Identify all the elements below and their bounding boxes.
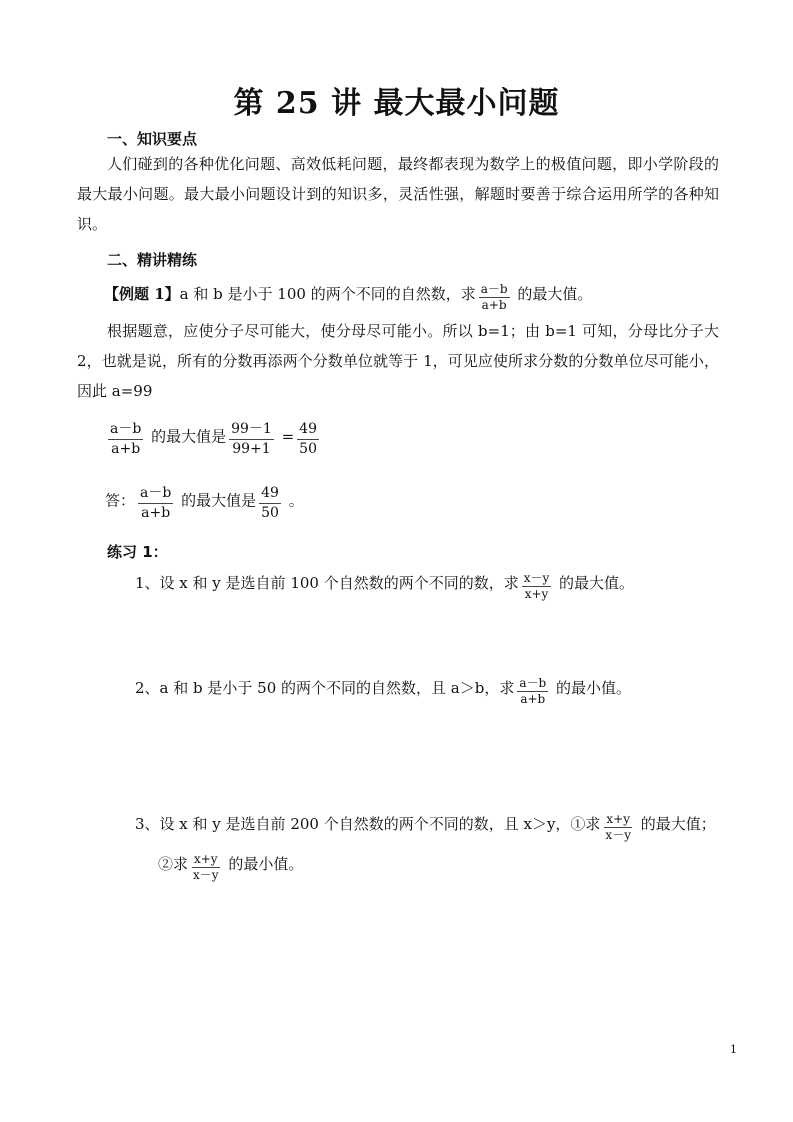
fraction: a－ba+b xyxy=(138,484,173,523)
fraction: a－ba+b xyxy=(108,420,143,459)
example-1-label: 【例题 1】 xyxy=(104,285,180,303)
fraction: a－ba+b xyxy=(517,676,548,707)
practice-item-1: 1、设 x 和 y 是选自前 100 个自然数的两个不同的数，求x－yx+y 的… xyxy=(135,568,634,600)
fraction: x+yx－y xyxy=(603,812,633,843)
fraction: 99－199+1 xyxy=(229,420,274,459)
practice-item-3-part-2: ②求x+yx－y 的最小值。 xyxy=(158,849,303,881)
example-1-question: 【例题 1】a 和 b 是小于 100 的两个不同的自然数，求a－ba+b 的最… xyxy=(104,279,592,311)
fraction: x+yx－y xyxy=(191,852,221,883)
example-1-result: a－ba+b 的最大值是99－199+1 =4950 xyxy=(105,418,322,457)
example-1-answer: 答：a－ba+b 的最大值是4950 。 xyxy=(105,482,304,521)
page-title: 第 25 讲 最大最小问题 xyxy=(0,78,793,122)
knowledge-paragraph: 人们碰到的各种优化问题、高效低耗问题，最终都表现为数学上的极值问题，即小学阶段的… xyxy=(77,149,719,239)
fraction: a－ba+b xyxy=(479,282,510,313)
practice-item-2: 2、a 和 b 是小于 50 的两个不同的自然数，且 a＞b，求a－ba+b 的… xyxy=(135,673,631,705)
practice-heading: 练习 1： xyxy=(107,541,168,562)
section-heading-practice: 二、精讲精练 xyxy=(107,249,197,270)
example-1-solution: 根据题意，应使分子尽可能大，使分母尽可能小。所以 b=1；由 b=1 可知，分母… xyxy=(77,316,719,406)
fraction: x－yx+y xyxy=(522,571,552,602)
section-heading-knowledge: 一、知识要点 xyxy=(107,128,197,149)
fraction: 4950 xyxy=(297,420,319,459)
page-number: 1 xyxy=(730,1043,737,1056)
practice-item-3: 3、设 x 和 y 是选自前 200 个自然数的两个不同的数，且 x＞y，①求x… xyxy=(135,809,716,841)
fraction: 4950 xyxy=(259,484,281,523)
